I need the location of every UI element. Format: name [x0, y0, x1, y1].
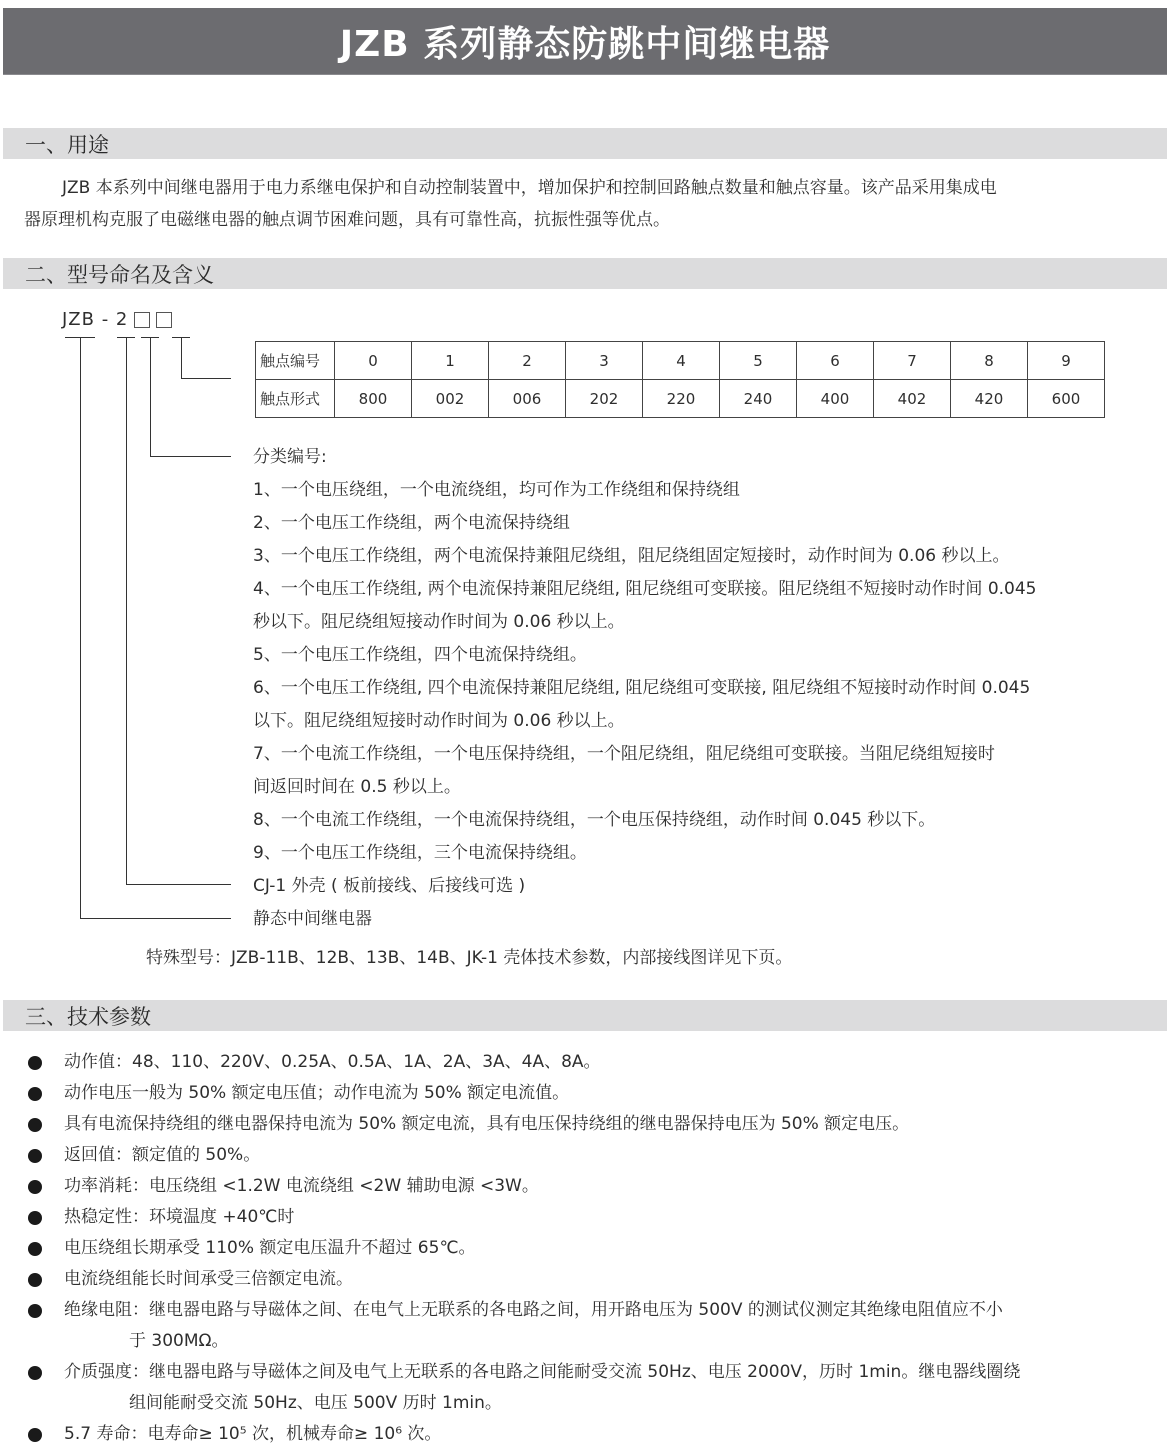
row-header: 触点编号 [256, 342, 335, 380]
title-bar: JZB 系列静态防跳中间继电器 [3, 8, 1167, 75]
section-header-naming: 二、型号命名及含义 [3, 258, 1167, 289]
bracket-line-housing-vertical [126, 337, 127, 885]
table-cell: 6 [797, 342, 874, 380]
list-item-continuation: 秒以下。阻尼绕组短接动作时间为 0.06 秒以上。 [253, 606, 1037, 639]
bullet-icon [28, 1149, 42, 1163]
spec-text: 返回值：额定值的 50%。 [64, 1140, 1158, 1171]
section-heading: 一、用途 [3, 129, 109, 159]
bracket-line-classification-vertical [150, 337, 151, 457]
placeholder-box-classification [134, 312, 150, 328]
bracket-line-housing-horizontal [126, 884, 231, 885]
spec-item: 5.7 寿命：电寿命≥ 10⁵ 次，机械寿命≥ 10⁶ 次。 [28, 1419, 1158, 1450]
spec-text: 于 300MΩ。 [129, 1326, 1158, 1357]
spec-item-continuation: 于 300MΩ。 [28, 1326, 1158, 1357]
list-item: 7、一个电流工作绕组，一个电压保持绕组，一个阻尼绕组，阻尼绕组可变联接。当阻尼绕… [253, 738, 1037, 771]
table-cell: 002 [412, 380, 489, 418]
model-code-text: JZB - 2 [62, 309, 128, 330]
section-heading: 三、技术参数 [3, 1001, 151, 1031]
section-header-specs: 三、技术参数 [3, 1000, 1167, 1031]
table-cell: 240 [720, 380, 797, 418]
bullet-icon [28, 1211, 42, 1225]
spec-text: 电流绕组能长时间承受三倍额定电流。 [64, 1264, 1158, 1295]
spec-item: 热稳定性：环境温度 +40℃时 [28, 1202, 1158, 1233]
table-cell: 202 [566, 380, 643, 418]
spec-item: 绝缘电阻：继电器电路与导磁体之间、在电气上无联系的各电路之间，用开路电压为 50… [28, 1295, 1158, 1326]
bracket-line-relay-horizontal [80, 918, 231, 919]
table-row-forms: 触点形式 800 002 006 202 220 240 400 402 420… [256, 380, 1105, 418]
table-cell: 8 [951, 342, 1028, 380]
table-cell: 402 [874, 380, 951, 418]
spec-item: 动作值：48、110、220V、0.25A、0.5A、1A、2A、3A、4A、8… [28, 1047, 1158, 1078]
bracket-line-relay-vertical [80, 337, 81, 919]
list-item: 5、一个电压工作绕组，四个电流保持绕组。 [253, 639, 1037, 672]
table-cell: 420 [951, 380, 1028, 418]
bullet-icon [28, 1428, 42, 1442]
spec-text: 绝缘电阻：继电器电路与导磁体之间、在电气上无联系的各电路之间，用开路电压为 50… [64, 1295, 1158, 1326]
spec-item: 返回值：额定值的 50%。 [28, 1140, 1158, 1171]
spec-item-continuation: 组间能耐受交流 50Hz、电压 500V 历时 1min。 [28, 1388, 1158, 1419]
section-heading: 二、型号命名及含义 [3, 259, 214, 289]
table-cell: 7 [874, 342, 951, 380]
bullet-icon [28, 1087, 42, 1101]
classification-title: 分类编号: [253, 441, 1037, 474]
table-cell: 220 [643, 380, 720, 418]
special-models-note: 特殊型号：JZB-11B、12B、13B、14B、JK-1 壳体技术参数，内部接… [146, 942, 792, 974]
spec-text: 动作电压一般为 50% 额定电压值；动作电流为 50% 额定电流值。 [64, 1078, 1158, 1109]
section-header-usage: 一、用途 [3, 128, 1167, 159]
spec-item: 介质强度：继电器电路与导磁体之间及电气上无联系的各电路之间能耐受交流 50Hz、… [28, 1357, 1158, 1388]
list-item: 8、一个电流工作绕组，一个电流保持绕组，一个电压保持绕组，动作时间 0.045 … [253, 804, 1037, 837]
model-code: JZB - 2 [62, 309, 172, 330]
table-cell: 9 [1028, 342, 1105, 380]
contact-table: 触点编号 0 1 2 3 4 5 6 7 8 9 触点形式 800 002 00… [255, 341, 1105, 418]
spec-text: 5.7 寿命：电寿命≥ 10⁵ 次，机械寿命≥ 10⁶ 次。 [64, 1419, 1158, 1450]
table-cell: 3 [566, 342, 643, 380]
list-item: 9、一个电压工作绕组，三个电流保持绕组。 [253, 837, 1037, 870]
list-item-continuation: 以下。阻尼绕组短接时动作时间为 0.06 秒以上。 [253, 705, 1037, 738]
row-header: 触点形式 [256, 380, 335, 418]
table-row-numbers: 触点编号 0 1 2 3 4 5 6 7 8 9 [256, 342, 1105, 380]
specs-list: 动作值：48、110、220V、0.25A、0.5A、1A、2A、3A、4A、8… [28, 1047, 1158, 1450]
housing-label: CJ-1 外壳 ( 板前接线、后接线可选 ) [253, 870, 1037, 903]
spec-text: 电压绕组长期承受 110% 额定电压温升不超过 65℃。 [64, 1233, 1158, 1264]
spec-item: 电压绕组长期承受 110% 额定电压温升不超过 65℃。 [28, 1233, 1158, 1264]
table-cell: 006 [489, 380, 566, 418]
bullet-icon [28, 1366, 42, 1380]
spec-item: 电流绕组能长时间承受三倍额定电流。 [28, 1264, 1158, 1295]
bullet-icon [28, 1056, 42, 1070]
table-cell: 1 [412, 342, 489, 380]
bullet-icon [28, 1242, 42, 1256]
spec-text: 具有电流保持绕组的继电器保持电流为 50% 额定电流，具有电压保持绕组的继电器保… [64, 1109, 1158, 1140]
table-cell: 600 [1028, 380, 1105, 418]
list-item: 6、一个电压工作绕组, 四个电流保持兼阻尼绕组, 阻尼绕组可变联接, 阻尼绕组不… [253, 672, 1037, 705]
bracket-line-classification-horizontal [150, 456, 231, 457]
bracket-line-contact-horizontal [181, 378, 231, 379]
list-item: 4、一个电压工作绕组, 两个电流保持兼阻尼绕组, 阻尼绕组可变联接。阻尼绕组不短… [253, 573, 1037, 606]
relay-type-label: 静态中间继电器 [253, 903, 1037, 936]
spec-item: 动作电压一般为 50% 额定电压值；动作电流为 50% 额定电流值。 [28, 1078, 1158, 1109]
spec-text: 组间能耐受交流 50Hz、电压 500V 历时 1min。 [129, 1388, 1158, 1419]
bracket-line-contact-vertical [181, 337, 182, 379]
spec-item: 具有电流保持绕组的继电器保持电流为 50% 额定电流，具有电压保持绕组的继电器保… [28, 1109, 1158, 1140]
table-cell: 2 [489, 342, 566, 380]
usage-paragraph-line2: 器原理机构克服了电磁继电器的触点调节困难问题，具有可靠性高，抗振性强等优点。 [24, 204, 1164, 236]
placeholder-box-contact [156, 312, 172, 328]
list-item: 3、一个电压工作绕组，两个电流保持兼阻尼绕组，阻尼绕组固定短接时，动作时间为 0… [253, 540, 1037, 573]
list-item: 2、一个电压工作绕组，两个电流保持绕组 [253, 507, 1037, 540]
spec-text: 热稳定性：环境温度 +40℃时 [64, 1202, 1158, 1233]
spec-text: 动作值：48、110、220V、0.25A、0.5A、1A、2A、3A、4A、8… [64, 1047, 1158, 1078]
spec-text: 介质强度：继电器电路与导磁体之间及电气上无联系的各电路之间能耐受交流 50Hz、… [64, 1357, 1158, 1388]
classification-list: 分类编号: 1、一个电压绕组，一个电流绕组，均可作为工作绕组和保持绕组 2、一个… [253, 441, 1037, 936]
table-cell: 4 [643, 342, 720, 380]
table-cell: 800 [335, 380, 412, 418]
bullet-icon [28, 1118, 42, 1132]
table-cell: 5 [720, 342, 797, 380]
bullet-icon [28, 1273, 42, 1287]
list-item: 1、一个电压绕组，一个电流绕组，均可作为工作绕组和保持绕组 [253, 474, 1037, 507]
table-cell: 400 [797, 380, 874, 418]
page-title: JZB 系列静态防跳中间继电器 [340, 16, 830, 67]
spec-text: 功率消耗：电压绕组 <1.2W 电流绕组 <2W 辅助电源 <3W。 [64, 1171, 1158, 1202]
list-item-continuation: 间返回时间在 0.5 秒以上。 [253, 771, 1037, 804]
spec-item: 功率消耗：电压绕组 <1.2W 电流绕组 <2W 辅助电源 <3W。 [28, 1171, 1158, 1202]
bullet-icon [28, 1180, 42, 1194]
bullet-icon [28, 1304, 42, 1318]
usage-paragraph-line1: JZB 本系列中间继电器用于电力系继电保护和自动控制装置中，增加保护和控制回路触… [62, 172, 1167, 204]
table-cell: 0 [335, 342, 412, 380]
